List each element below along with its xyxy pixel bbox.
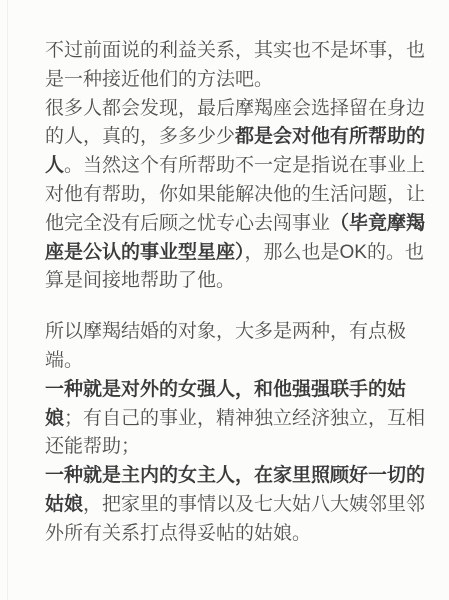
text-run: 外所有关系打点得妥帖的姑娘。: [45, 523, 311, 544]
bold-text-run: 一种就是对外的女强人，和他强强联手的姑: [45, 379, 406, 400]
text-run: 端。: [45, 350, 83, 371]
text-line: 不过前面说的利益关系，其实也不是坏事，也: [45, 37, 429, 66]
text-line: 是一种接近他们的方法吧。: [45, 66, 429, 95]
text-run: ；有自己的事业，精神独立经济独立，互相: [64, 408, 425, 429]
bold-text-run: 姑娘: [45, 494, 83, 515]
text-run: 的人，真的，多多少少: [45, 126, 235, 147]
paragraph: 所以摩羯结婚的对象，大多是两种，有点极端。一种就是对外的女强人，和他强强联手的姑…: [45, 318, 429, 548]
text-run: ，把家里的事情以及七大姑八大姨邻里邻: [83, 494, 425, 515]
text-line: 姑娘，把家里的事情以及七大姑八大姨邻里邻: [45, 491, 429, 520]
bold-text-run: 人: [45, 155, 64, 176]
paragraph: 不过前面说的利益关系，其实也不是坏事，也是一种接近他们的方法吧。很多人都会发现，…: [45, 37, 429, 296]
text-line: 他完全没有后顾之忧专心去闯事业（毕竟摩羯: [45, 210, 429, 239]
text-run: 对他有帮助，你如果能解决他的生活问题，让: [45, 184, 425, 205]
article-page: 不过前面说的利益关系，其实也不是坏事，也是一种接近他们的方法吧。很多人都会发现，…: [0, 0, 449, 600]
text-line: 所以摩羯结婚的对象，大多是两种，有点极: [45, 318, 429, 347]
text-run: 他完全没有后顾之忧专心去闯事业: [45, 213, 330, 234]
text-run: 所以摩羯结婚的对象，大多是两种，有点极: [45, 321, 406, 342]
text-line: 算是间接地帮助了他。: [45, 267, 429, 296]
bold-text-run: 座是公认的事业型星座）: [45, 242, 245, 263]
text-line: 一种就是主内的女主人，在家里照顾好一切的: [45, 462, 429, 491]
text-line: 一种就是对外的女强人，和他强强联手的姑: [45, 376, 429, 405]
bold-text-run: 一种就是主内的女主人，在家里照顾好一切的: [45, 465, 425, 486]
text-line: 外所有关系打点得妥帖的姑娘。: [45, 520, 429, 549]
article-body: 不过前面说的利益关系，其实也不是坏事，也是一种接近他们的方法吧。很多人都会发现，…: [0, 0, 449, 549]
text-run: 。当然这个有所帮助不一定是指说在事业上: [64, 155, 425, 176]
text-run: ，那么也是OK的。也: [245, 242, 424, 263]
text-run: 算是间接地帮助了他。: [45, 270, 235, 291]
bold-text-run: 娘: [45, 408, 64, 429]
text-line: 娘；有自己的事业，精神独立经济独立，互相: [45, 405, 429, 434]
text-line: 端。: [45, 347, 429, 376]
text-run: 还能帮助；: [45, 436, 140, 457]
bold-text-run: （毕竟摩羯: [330, 213, 425, 234]
text-run: 不过前面说的利益关系，其实也不是坏事，也: [45, 40, 425, 61]
text-run: 是一种接近他们的方法吧。: [45, 69, 273, 90]
text-line: 很多人都会发现，最后摩羯座会选择留在身边: [45, 95, 429, 124]
bold-text-run: 都是会对他有所帮助的: [235, 126, 425, 147]
text-line: 座是公认的事业型星座），那么也是OK的。也: [45, 239, 429, 268]
text-run: 很多人都会发现，最后摩羯座会选择留在身边: [45, 98, 425, 119]
text-line: 对他有帮助，你如果能解决他的生活问题，让: [45, 181, 429, 210]
text-line: 人。当然这个有所帮助不一定是指说在事业上: [45, 152, 429, 181]
text-line: 的人，真的，多多少少都是会对他有所帮助的: [45, 123, 429, 152]
text-line: 还能帮助；: [45, 433, 429, 462]
